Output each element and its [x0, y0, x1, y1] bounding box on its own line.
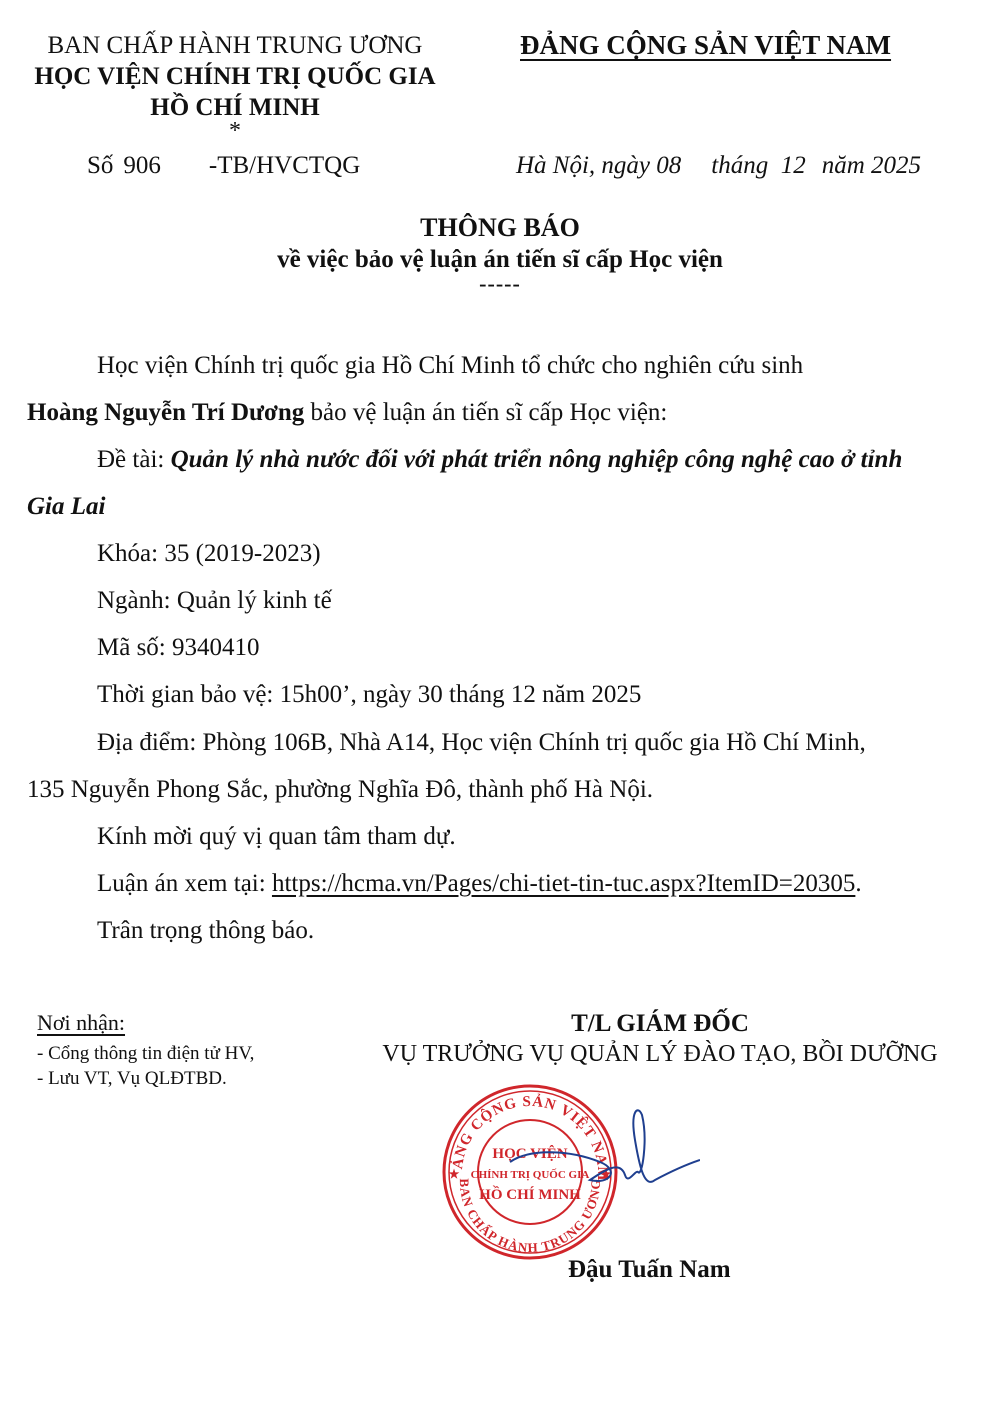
- date-month: 12: [781, 152, 806, 179]
- org-name-line1: HỌC VIỆN CHÍNH TRỊ QUỐC GIA: [0, 61, 470, 92]
- intro-line2-rest: bảo vệ luận án tiến sĩ cấp Học viện:: [304, 399, 667, 426]
- date-year: năm 2025: [822, 152, 921, 179]
- location-line1: Địa điểm: Phòng 106B, Nhà A14, Học viện …: [97, 729, 866, 757]
- doc-number-suffix: -TB/HVCTQG: [209, 152, 360, 179]
- signer-position: VỤ TRƯỞNG VỤ QUẢN LÝ ĐÀO TẠO, BỒI DƯỠNG: [360, 1039, 960, 1070]
- thesis-link[interactable]: https://hcma.vn/Pages/chi-tiet-tin-tuc.a…: [272, 870, 855, 897]
- recipients-title: Nơi nhận:: [37, 1010, 125, 1036]
- title-main: THÔNG BÁO: [0, 212, 1000, 244]
- svg-text:★: ★: [449, 1167, 460, 1181]
- handwritten-signature-icon: [470, 1100, 700, 1220]
- issue-date: Hà Nội, ngày 08tháng 12năm 2025: [516, 152, 921, 180]
- signature-block: T/L GIÁM ĐỐC VỤ TRƯỞNG VỤ QUẢN LÝ ĐÀO TẠ…: [360, 1008, 960, 1070]
- doc-number-prefix: Số: [87, 152, 113, 179]
- topic-text: Quản lý nhà nước đối với phát triển nông…: [171, 446, 903, 473]
- star-separator: *: [0, 123, 470, 139]
- topic-label: Đề tài:: [97, 446, 171, 473]
- signer-name: Đậu Tuấn Nam: [568, 1256, 731, 1284]
- intro-line1: Học viện Chính trị quốc gia Hồ Chí Minh …: [97, 352, 803, 380]
- course: Khóa: 35 (2019-2023): [97, 540, 321, 568]
- intro-line2: Hoàng Nguyễn Trí Dương bảo vệ luận án ti…: [27, 399, 667, 427]
- thesis-label: Luận án xem tại:: [97, 870, 272, 897]
- on-behalf-of: T/L GIÁM ĐỐC: [360, 1008, 960, 1039]
- notice-title: THÔNG BÁO về việc bảo vệ luận án tiến sĩ…: [0, 212, 1000, 292]
- location-line2: 135 Nguyễn Phong Sắc, phường Nghĩa Đô, t…: [27, 776, 653, 804]
- title-separator: -----: [0, 276, 1000, 292]
- party-name: ĐẢNG CỘNG SẢN VIỆT NAM: [520, 30, 891, 61]
- candidate-name: Hoàng Nguyễn Trí Dương: [27, 399, 304, 426]
- recipient-item: - Cổng thông tin điện tử HV,: [37, 1043, 254, 1065]
- date-place-day: Hà Nội, ngày 08: [516, 152, 681, 179]
- topic-line2: Gia Lai: [27, 493, 105, 521]
- org-parent: BAN CHẤP HÀNH TRUNG ƯƠNG: [0, 30, 470, 61]
- recipient-item: - Lưu VT, Vụ QLĐTBD.: [37, 1068, 227, 1090]
- doc-number: 906: [123, 152, 161, 179]
- code: Mã số: 9340410: [97, 634, 260, 662]
- invitation: Kính mời quý vị quan tâm tham dự.: [97, 823, 456, 851]
- thesis-line: Luận án xem tại: https://hcma.vn/Pages/c…: [97, 870, 862, 898]
- date-month-label: tháng: [711, 152, 768, 179]
- issuing-organization: BAN CHẤP HÀNH TRUNG ƯƠNG HỌC VIỆN CHÍNH …: [0, 30, 470, 139]
- topic-line1: Đề tài: Quản lý nhà nước đối với phát tr…: [97, 446, 902, 474]
- document-number: Số906-TB/HVCTQG: [87, 152, 360, 180]
- defense-time: Thời gian bảo vệ: 15h00’, ngày 30 tháng …: [97, 681, 641, 709]
- closing: Trân trọng thông báo.: [97, 917, 314, 945]
- major: Ngành: Quản lý kinh tế: [97, 587, 332, 615]
